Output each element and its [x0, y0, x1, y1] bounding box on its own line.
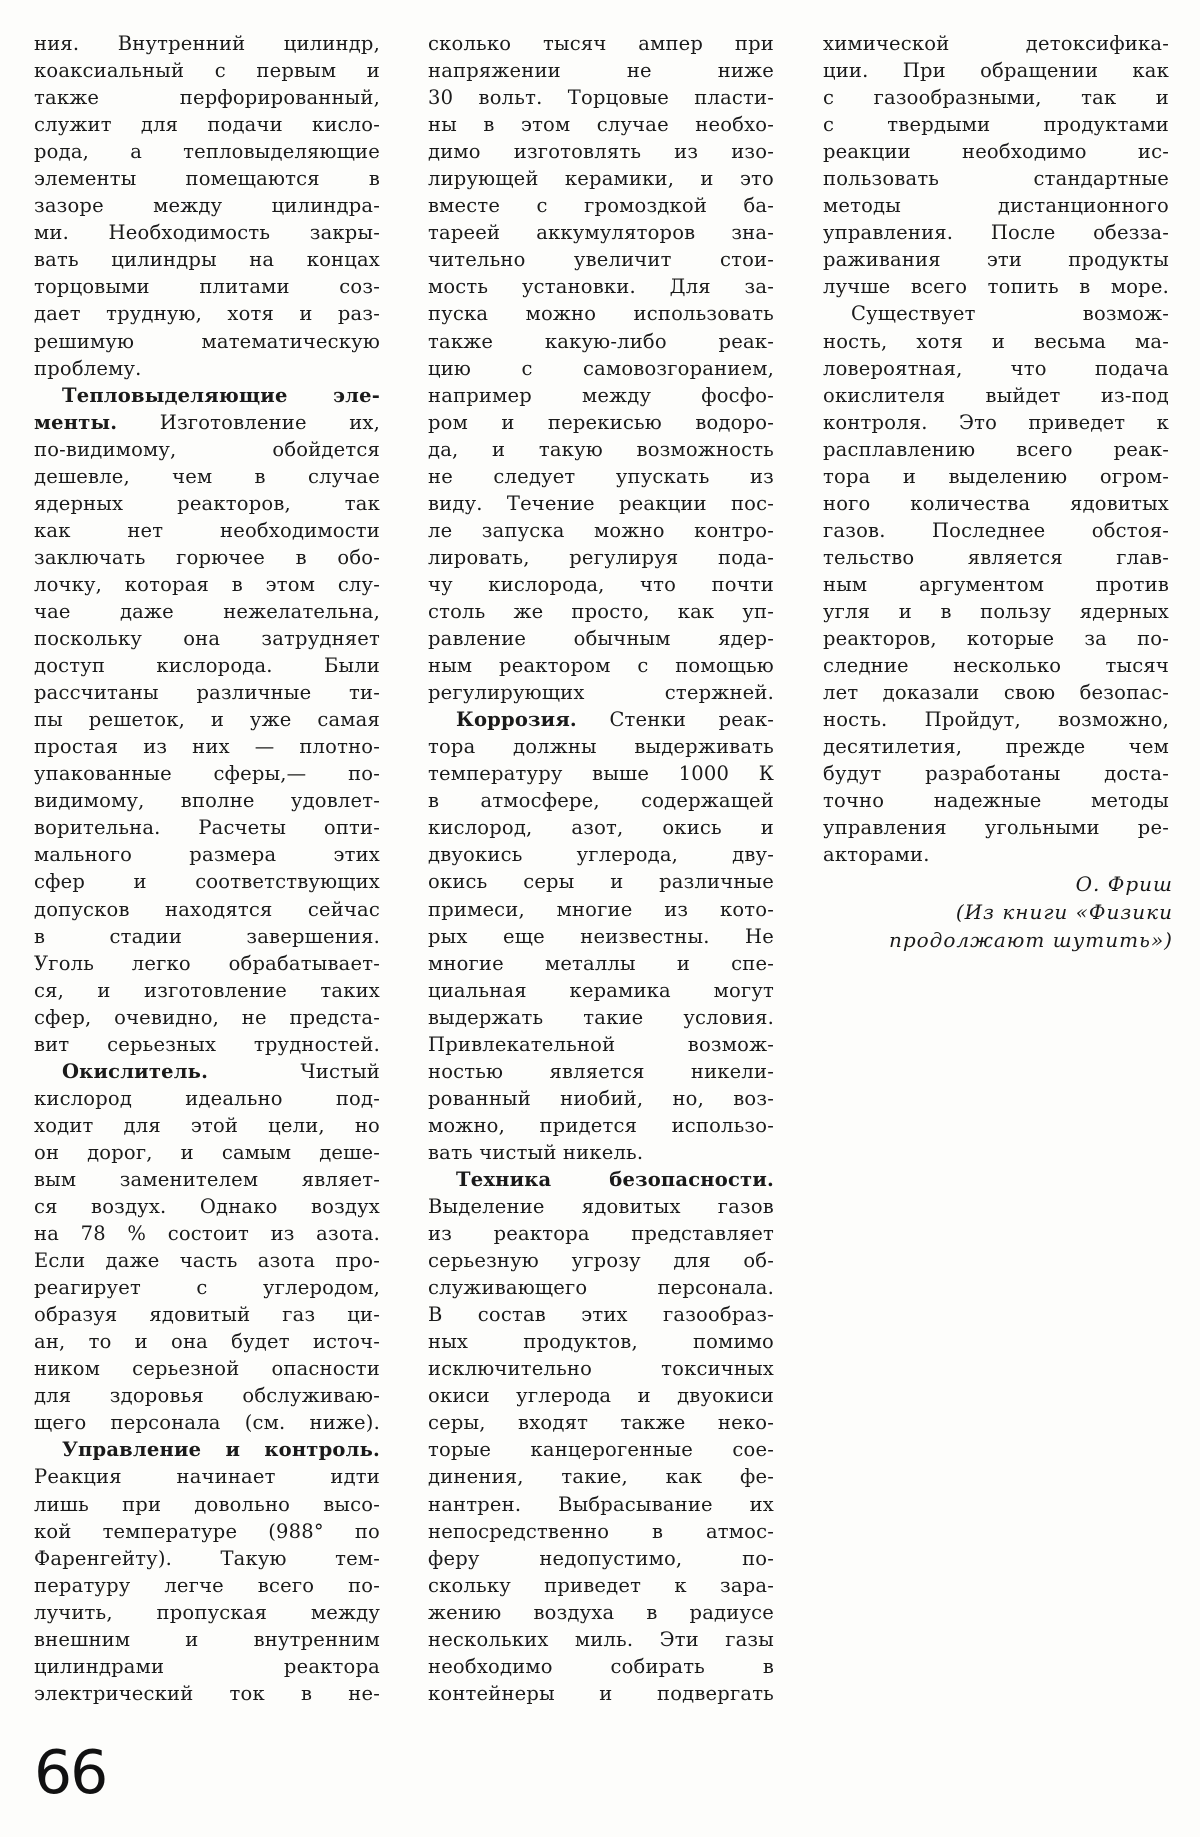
body-text: окислителя выйдет из-под: [823, 384, 1169, 407]
text-line: цилиндрами реактора: [34, 1653, 380, 1680]
body-text: сколько тысяч ампер при: [428, 32, 774, 55]
text-line: Привлекательной возмож-: [428, 1031, 774, 1058]
text-line: скольку приведет к зара-: [428, 1572, 774, 1599]
body-text: методы дистанционного: [823, 194, 1169, 217]
body-text: ным реактором с помощью: [428, 654, 774, 677]
text-line: чительно увеличит стои-: [428, 246, 774, 273]
text-line: служит для подачи кисло-: [34, 111, 380, 138]
text-line: феру недопустимо, по-: [428, 1545, 774, 1572]
text-line: с твердыми продуктами: [823, 111, 1169, 138]
body-text: с твердыми продуктами: [823, 113, 1169, 136]
body-text: лучше всего топить в море.: [823, 275, 1169, 298]
text-line: сфер и соответствующих: [34, 868, 380, 895]
text-line: да, и такую возможность: [428, 436, 774, 463]
text-line: необходимо собирать в: [428, 1653, 774, 1680]
body-text: упакованные сферы,— по-: [34, 762, 380, 785]
body-text: примеси, многие из кото-: [428, 898, 774, 921]
text-line: акторами.: [823, 841, 1169, 868]
text-line: нескольких миль. Эти газы: [428, 1626, 774, 1653]
text-line: простая из них — плотно-: [34, 733, 380, 760]
body-text: ся, и изготовление таких: [34, 979, 380, 1002]
text-line: раживания эти продукты: [823, 246, 1169, 273]
text-line: служивающего персонала.: [428, 1274, 774, 1301]
body-text: пературу легче всего по-: [34, 1574, 380, 1597]
body-text: дает трудную, хотя и раз-: [34, 302, 380, 325]
text-line: проблему.: [34, 355, 380, 382]
body-text: вать цилиндры на концах: [34, 248, 380, 271]
body-text: цию с самовозгоранием,: [428, 357, 774, 380]
text-line: ся, и изготовление таких: [34, 977, 380, 1004]
text-line: из реактора представляет: [428, 1220, 774, 1247]
text-line: ворительна. Расчеты опти-: [34, 814, 380, 841]
text-line: торые канцерогенные сое-: [428, 1436, 774, 1463]
text-line: тора и выделению огром-: [823, 463, 1169, 490]
text-line: тареей аккумуляторов зна-: [428, 219, 774, 246]
section-heading-line: Техника безопасности.: [428, 1166, 774, 1193]
body-text: ся воздух. Однако воздух: [34, 1195, 380, 1218]
text-line: например между фосфо-: [428, 382, 774, 409]
body-text: можно, придется использо-: [428, 1114, 774, 1137]
body-text: кислород идеально под-: [34, 1087, 380, 1110]
page-number: 66: [34, 1738, 106, 1808]
text-line: угля и в пользу ядерных: [823, 598, 1169, 625]
body-text: решимую математическую: [34, 330, 380, 353]
body-text: ного количества ядовитых: [823, 492, 1169, 515]
text-line: управления. После обезза-: [823, 219, 1169, 246]
text-line: вит серьезных трудностей.: [34, 1031, 380, 1058]
section-heading-line: Тепловыделяющие эле-: [34, 382, 380, 409]
text-line: десятилетия, прежде чем: [823, 733, 1169, 760]
body-text: 30 вольт. Торцовые пласти-: [428, 86, 774, 109]
section-heading: Окислитель.: [62, 1060, 208, 1083]
body-text: циальная керамика могут: [428, 979, 774, 1002]
body-text: реагирует с углеродом,: [34, 1276, 380, 1299]
text-line: регулирующих стержней.: [428, 679, 774, 706]
text-line: реакторов, которые за по-: [823, 625, 1169, 652]
text-line: поскольку она затрудняет: [34, 625, 380, 652]
text-line: с газообразными, так и: [823, 84, 1169, 111]
text-line: ан, то и она будет источ-: [34, 1328, 380, 1355]
body-text: он дорог, и самым деше-: [34, 1141, 380, 1164]
section-heading-line: Управление и контроль.: [34, 1436, 380, 1463]
body-text: также какую-либо реак-: [428, 330, 774, 353]
text-line: лучше всего топить в море.: [823, 273, 1169, 300]
body-text: управления угольными ре-: [823, 816, 1169, 839]
text-line: заключать горючее в обо-: [34, 544, 380, 571]
body-text: Фаренгейту). Такую тем-: [34, 1547, 380, 1570]
body-text: вит серьезных трудностей.: [34, 1033, 380, 1056]
text-line: методы дистанционного: [823, 192, 1169, 219]
text-line: по-видимому, обойдется: [34, 436, 380, 463]
body-text: ции. При обращении как: [823, 59, 1169, 82]
body-text: в атмосфере, содержащей: [428, 789, 774, 812]
body-text: в стадии завершения.: [34, 925, 380, 948]
body-text: столь же просто, как уп-: [428, 600, 774, 623]
text-line: элементы помещаются в: [34, 165, 380, 192]
text-line: для здоровья обслуживаю-: [34, 1382, 380, 1409]
text-line: окислителя выйдет из-под: [823, 382, 1169, 409]
text-line: тельство является глав-: [823, 544, 1169, 571]
body-text: Изготовление их,: [117, 411, 380, 434]
body-text: зазоре между цилиндра-: [34, 194, 380, 217]
text-line: серы, входят также неко-: [428, 1409, 774, 1436]
body-text: точно надежные методы: [823, 789, 1169, 812]
body-text: мость установки. Для за-: [428, 275, 774, 298]
body-text: проблему.: [34, 357, 142, 380]
body-text: необходимо собирать в: [428, 1655, 774, 1678]
body-text: реакторов, которые за по-: [823, 627, 1169, 650]
text-line: виду. Течение реакции пос-: [428, 490, 774, 517]
text-line: ром и перекисью водоро-: [428, 409, 774, 436]
body-text: непосредственно в атмос-: [428, 1520, 774, 1543]
body-text: вместе с громоздкой ба-: [428, 194, 774, 217]
section-heading: менты.: [34, 411, 117, 434]
body-text: торые канцерогенные сое-: [428, 1438, 774, 1461]
text-line: расплавлению всего реак-: [823, 436, 1169, 463]
body-text: тора и выделению огром-: [823, 465, 1169, 488]
text-line: также какую-либо реак-: [428, 328, 774, 355]
text-line: пературу легче всего по-: [34, 1572, 380, 1599]
text-line: Уголь легко обрабатывает-: [34, 950, 380, 977]
body-text: десятилетия, прежде чем: [823, 735, 1169, 758]
body-text: следние несколько тысяч: [823, 654, 1169, 677]
body-text: мального размера этих: [34, 843, 380, 866]
body-text: окись серы и различные: [428, 870, 774, 893]
body-text: реакции необходимо ис-: [823, 140, 1169, 163]
text-line: также перфорированный,: [34, 84, 380, 111]
body-text: раживания эти продукты: [823, 248, 1169, 271]
text-line: ходит для этой цели, но: [34, 1112, 380, 1139]
body-text: ным аргументом против: [823, 573, 1169, 596]
text-line: внешним и внутренним: [34, 1626, 380, 1653]
body-text: ле запуска можно контро-: [428, 519, 774, 542]
text-line: управления угольными ре-: [823, 814, 1169, 841]
text-line: кой температуре (988° по: [34, 1518, 380, 1545]
text-line: контроля. Это приведет к: [823, 409, 1169, 436]
text-line: исключительно токсичных: [428, 1355, 774, 1382]
body-text: лирующей керамики, и это: [428, 167, 774, 190]
body-text: ником серьезной опасности: [34, 1357, 380, 1380]
text-line: В состав этих газообраз-: [428, 1301, 774, 1328]
text-line: температуру выше 1000 К: [428, 760, 774, 787]
text-line: лучить, пропуская между: [34, 1599, 380, 1626]
body-text: дешевле, чем в случае: [34, 465, 380, 488]
text-line: жению воздуха в радиусе: [428, 1599, 774, 1626]
body-text: вать чистый никель.: [428, 1141, 643, 1164]
text-line: ния. Внутренний цилиндр,: [34, 30, 380, 57]
text-line: лет доказали свою безопас-: [823, 679, 1169, 706]
body-text: ловероятная, что подача: [823, 357, 1169, 380]
text-line: дает трудную, хотя и раз-: [34, 300, 380, 327]
text-line: пользовать стандартные: [823, 165, 1169, 192]
body-text: ность, хотя и весьма ма-: [823, 330, 1169, 353]
text-line: вать чистый никель.: [428, 1139, 774, 1166]
text-line: дешевле, чем в случае: [34, 463, 380, 490]
body-text: чительно увеличит стои-: [428, 248, 774, 271]
text-line: точно надежные методы: [823, 787, 1169, 814]
text-line: будут разработаны доста-: [823, 760, 1169, 787]
text-line: как нет необходимости: [34, 517, 380, 544]
text-line: лишь при довольно высо-: [34, 1491, 380, 1518]
body-text: кой температуре (988° по: [34, 1520, 380, 1543]
text-line: окись серы и различные: [428, 868, 774, 895]
text-line: сколько тысяч ампер при: [428, 30, 774, 57]
body-text: ходит для этой цели, но: [34, 1114, 380, 1137]
text-line: рованный ниобий, но, воз-: [428, 1085, 774, 1112]
body-text: В состав этих газообраз-: [428, 1303, 774, 1326]
signature-source-line-2: продолжают шутить»): [823, 926, 1173, 954]
text-line: нантрен. Выбрасывание их: [428, 1491, 774, 1518]
text-line: пуска можно использовать: [428, 300, 774, 327]
body-text: пуска можно использовать: [428, 302, 774, 325]
body-text: сфер и соответствующих: [34, 870, 380, 893]
body-text: ворительна. Расчеты опти-: [34, 816, 380, 839]
text-line: лирующей керамики, и это: [428, 165, 774, 192]
text-line: контейнеры и подвергать: [428, 1680, 774, 1707]
text-line: двуокись углерода, дву-: [428, 841, 774, 868]
text-line: он дорог, и самым деше-: [34, 1139, 380, 1166]
text-line: электрический ток в не-: [34, 1680, 380, 1707]
body-text: лировать, регулируя пода-: [428, 546, 774, 569]
body-text: ром и перекисью водоро-: [428, 411, 774, 434]
text-line: мость установки. Для за-: [428, 273, 774, 300]
section-heading-line: Коррозия. Стенки реак-: [428, 706, 774, 733]
body-text: регулирующих стержней.: [428, 681, 774, 704]
text-line: ностью является никели-: [428, 1058, 774, 1085]
body-text: ния. Внутренний цилиндр,: [34, 32, 380, 55]
text-line: видимому, вполне удовлет-: [34, 787, 380, 814]
body-text: лет доказали свою безопас-: [823, 681, 1169, 704]
body-text: по-видимому, обойдется: [34, 438, 380, 461]
text-line: ции. При обращении как: [823, 57, 1169, 84]
text-line: чае даже нежелательна,: [34, 598, 380, 625]
text-line: не следует упускать из: [428, 463, 774, 490]
body-text: заключать горючее в обо-: [34, 546, 380, 569]
text-line: доступ кислорода. Были: [34, 652, 380, 679]
body-text: простая из них — плотно-: [34, 735, 380, 758]
text-line: реакции необходимо ис-: [823, 138, 1169, 165]
text-line: в атмосфере, содержащей: [428, 787, 774, 814]
body-text: кислород, азот, окись и: [428, 816, 774, 839]
body-text: двуокись углерода, дву-: [428, 843, 774, 866]
section-heading-line: менты. Изготовление их,: [34, 409, 380, 436]
text-line: коаксиальный с первым и: [34, 57, 380, 84]
body-text: допусков находятся сейчас: [34, 898, 380, 921]
text-line: сфер, очевидно, не предста-: [34, 1004, 380, 1031]
body-text: нескольких миль. Эти газы: [428, 1628, 774, 1651]
body-text: серьезную угрозу для об-: [428, 1249, 774, 1272]
body-text: вым заменителем являет-: [34, 1168, 380, 1191]
body-text: тареей аккумуляторов зна-: [428, 221, 774, 244]
body-text: рассчитаны различные ти-: [34, 681, 380, 704]
body-text: элементы помещаются в: [34, 167, 380, 190]
body-text: как нет необходимости: [34, 519, 380, 542]
body-text: из реактора представляет: [428, 1222, 774, 1245]
body-text: на 78 % состоит из азота.: [34, 1222, 380, 1245]
body-text: Привлекательной возмож-: [428, 1033, 774, 1056]
body-text: не следует упускать из: [428, 465, 774, 488]
text-line: столь же просто, как уп-: [428, 598, 774, 625]
body-text: контейнеры и подвергать: [428, 1682, 774, 1705]
body-text: ны в этом случае необхо-: [428, 113, 774, 136]
text-column-1: ния. Внутренний цилиндр,коаксиальный с п…: [34, 30, 380, 1707]
body-text: равление обычным ядер-: [428, 627, 774, 650]
text-line: торцовыми плитами соз-: [34, 273, 380, 300]
body-text: контроля. Это приведет к: [823, 411, 1169, 434]
text-line: Существует возмож-: [823, 300, 1169, 327]
body-text: жению воздуха в радиусе: [428, 1601, 774, 1624]
body-text: доступ кислорода. Были: [34, 654, 380, 677]
body-text: электрический ток в не-: [34, 1682, 380, 1705]
text-line: динения, такие, как фе-: [428, 1463, 774, 1490]
text-line: цию с самовозгоранием,: [428, 355, 774, 382]
text-line: Выделение ядовитых газов: [428, 1193, 774, 1220]
section-heading: Коррозия.: [456, 708, 577, 731]
section-heading: Управление и контроль.: [62, 1438, 380, 1461]
body-text: с газообразными, так и: [823, 86, 1169, 109]
body-text: Уголь легко обрабатывает-: [34, 952, 380, 975]
section-heading-line: Окислитель. Чистый: [34, 1058, 380, 1085]
text-line: кислород идеально под-: [34, 1085, 380, 1112]
text-line: вым заменителем являет-: [34, 1166, 380, 1193]
body-text: цилиндрами реактора: [34, 1655, 380, 1678]
text-line: ность. Пройдут, возможно,: [823, 706, 1169, 733]
text-line: примеси, многие из кото-: [428, 896, 774, 923]
section-heading: Техника безопасности.: [456, 1168, 774, 1191]
text-line: напряжении не ниже: [428, 57, 774, 84]
body-text: ных продуктов, помимо: [428, 1330, 774, 1353]
text-line: следние несколько тысяч: [823, 652, 1169, 679]
text-line: ядерных реакторов, так: [34, 490, 380, 517]
body-text: управления. После обезза-: [823, 221, 1169, 244]
body-text: служит для подачи кисло-: [34, 113, 380, 136]
body-text: Если даже часть азота про-: [34, 1249, 380, 1272]
body-text: нантрен. Выбрасывание их: [428, 1493, 774, 1516]
body-text: Стенки реак-: [577, 708, 774, 731]
body-text: щего персонала (см. ниже).: [34, 1411, 380, 1434]
body-text: сфер, очевидно, не предста-: [34, 1006, 380, 1029]
body-text: видимому, вполне удовлет-: [34, 789, 380, 812]
body-text: акторами.: [823, 843, 930, 866]
text-line: лочку, которая в этом слу-: [34, 571, 380, 598]
body-text: коаксиальный с первым и: [34, 59, 380, 82]
text-line: равление обычным ядер-: [428, 625, 774, 652]
text-line: ность, хотя и весьма ма-: [823, 328, 1169, 355]
body-text: лишь при довольно высо-: [34, 1493, 380, 1516]
body-text: рых еще неизвестны. Не: [428, 925, 774, 948]
body-text: рода, а тепловыделяющие: [34, 140, 380, 163]
text-line: Фаренгейту). Такую тем-: [34, 1545, 380, 1572]
body-text: химической детоксифика-: [823, 32, 1169, 55]
signature-author: О. Фриш: [823, 870, 1173, 898]
signature-source-line-1: (Из книги «Физики: [823, 898, 1173, 926]
body-text: окиси углерода и двуокиси: [428, 1384, 774, 1407]
text-column-2: сколько тысяч ампер принапряжении не ниж…: [428, 30, 774, 1707]
body-text: ан, то и она будет источ-: [34, 1330, 380, 1353]
text-line: мального размера этих: [34, 841, 380, 868]
body-text: лучить, пропуская между: [34, 1601, 380, 1624]
text-line: ми. Необходимость закры-: [34, 219, 380, 246]
text-line: чу кислорода, что почти: [428, 571, 774, 598]
body-text: Выделение ядовитых газов: [428, 1195, 774, 1218]
text-line: упакованные сферы,— по-: [34, 760, 380, 787]
body-text: расплавлению всего реак-: [823, 438, 1169, 461]
text-line: на 78 % состоит из азота.: [34, 1220, 380, 1247]
body-text: Чистый: [208, 1060, 380, 1083]
text-line: кислород, азот, окись и: [428, 814, 774, 841]
text-line: образуя ядовитый газ ци-: [34, 1301, 380, 1328]
section-heading: Тепловыделяющие эле-: [62, 384, 380, 407]
text-line: в стадии завершения.: [34, 923, 380, 950]
text-line: димо изготовлять из изо-: [428, 138, 774, 165]
body-text: газов. Последнее обстоя-: [823, 519, 1169, 542]
text-line: рассчитаны различные ти-: [34, 679, 380, 706]
text-line: выдержать такие условия.: [428, 1004, 774, 1031]
body-text: служивающего персонала.: [428, 1276, 774, 1299]
body-text: Реакция начинает идти: [34, 1465, 380, 1488]
body-text: чу кислорода, что почти: [428, 573, 774, 596]
text-line: лировать, регулируя пода-: [428, 544, 774, 571]
body-text: тора должны выдерживать: [428, 735, 774, 758]
text-line: окиси углерода и двуокиси: [428, 1382, 774, 1409]
text-line: зазоре между цилиндра-: [34, 192, 380, 219]
body-text: поскольку она затрудняет: [34, 627, 380, 650]
text-line: щего персонала (см. ниже).: [34, 1409, 380, 1436]
body-text: виду. Течение реакции пос-: [428, 492, 774, 515]
text-line: химической детоксифика-: [823, 30, 1169, 57]
body-text: также перфорированный,: [34, 86, 380, 109]
text-line: вместе с громоздкой ба-: [428, 192, 774, 219]
text-line: циальная керамика могут: [428, 977, 774, 1004]
text-line: Реакция начинает идти: [34, 1463, 380, 1490]
body-text: пы решеток, и уже самая: [34, 708, 380, 731]
body-text: температуру выше 1000 К: [428, 762, 774, 785]
text-line: газов. Последнее обстоя-: [823, 517, 1169, 544]
text-line: можно, придется использо-: [428, 1112, 774, 1139]
text-line: реагирует с углеродом,: [34, 1274, 380, 1301]
text-column-3: химической детоксифика-ции. При обращени…: [823, 30, 1169, 868]
body-text: лочку, которая в этом слу-: [34, 573, 380, 596]
body-text: для здоровья обслуживаю-: [34, 1384, 380, 1407]
body-text: да, и такую возможность: [428, 438, 774, 461]
text-line: ным реактором с помощью: [428, 652, 774, 679]
body-text: напряжении не ниже: [428, 59, 774, 82]
body-text: внешним и внутренним: [34, 1628, 380, 1651]
body-text: ми. Необходимость закры-: [34, 221, 380, 244]
body-text: Существует возмож-: [851, 302, 1169, 325]
text-line: ле запуска можно контро-: [428, 517, 774, 544]
text-line: ся воздух. Однако воздух: [34, 1193, 380, 1220]
text-line: допусков находятся сейчас: [34, 896, 380, 923]
text-line: ловероятная, что подача: [823, 355, 1169, 382]
body-text: многие металлы и спе-: [428, 952, 774, 975]
body-text: пользовать стандартные: [823, 167, 1169, 190]
text-line: ных продуктов, помимо: [428, 1328, 774, 1355]
body-text: ность. Пройдут, возможно,: [823, 708, 1169, 731]
body-text: образуя ядовитый газ ци-: [34, 1303, 380, 1326]
text-line: серьезную угрозу для об-: [428, 1247, 774, 1274]
body-text: динения, такие, как фе-: [428, 1465, 774, 1488]
text-line: ником серьезной опасности: [34, 1355, 380, 1382]
body-text: тельство является глав-: [823, 546, 1169, 569]
text-line: многие металлы и спе-: [428, 950, 774, 977]
text-line: рода, а тепловыделяющие: [34, 138, 380, 165]
body-text: угля и в пользу ядерных: [823, 600, 1169, 623]
text-line: непосредственно в атмос-: [428, 1518, 774, 1545]
text-line: ным аргументом против: [823, 571, 1169, 598]
body-text: скольку приведет к зара-: [428, 1574, 774, 1597]
body-text: феру недопустимо, по-: [428, 1547, 774, 1570]
